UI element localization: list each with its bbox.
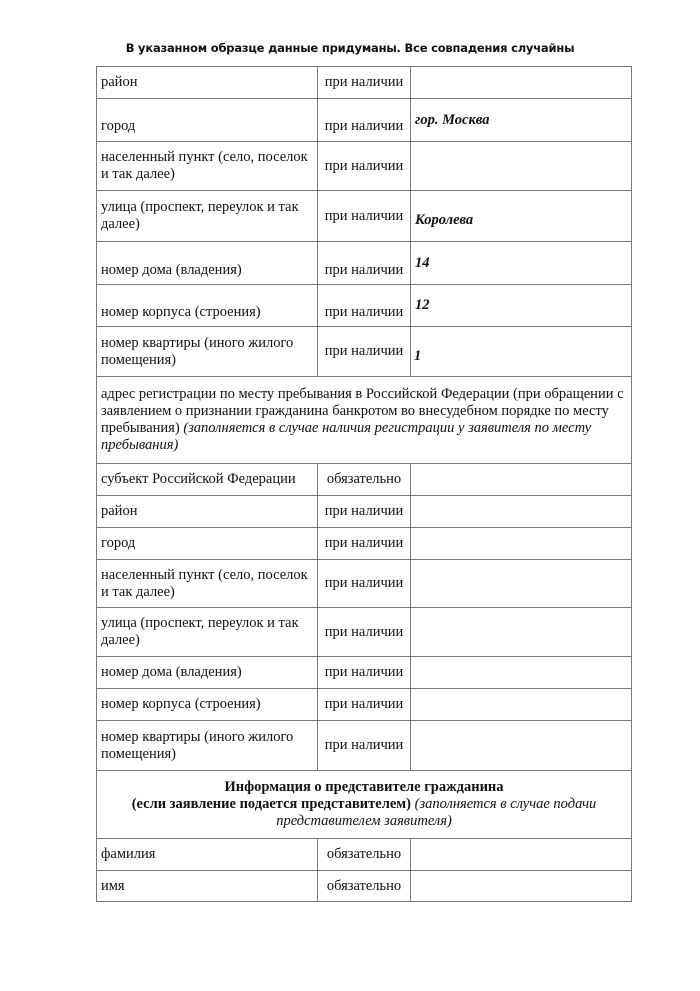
- field-value-street[interactable]: Королева: [411, 191, 632, 242]
- table-row: город при наличии: [97, 528, 632, 560]
- field-value-first-name[interactable]: [411, 871, 632, 902]
- table-row: улица (проспект, переулок и так далее) п…: [97, 191, 632, 242]
- field-requirement: при наличии: [318, 496, 411, 528]
- field-label: район: [97, 67, 318, 99]
- table-row: населенный пункт (село, поселок и так да…: [97, 142, 632, 191]
- field-value-building[interactable]: [411, 689, 632, 721]
- field-label: населенный пункт (село, поселок и так да…: [97, 142, 318, 191]
- field-label: фамилия: [97, 839, 318, 871]
- field-label: субъект Российской Федерации: [97, 464, 318, 496]
- section-subtitle: (если заявление подается представителем): [132, 796, 411, 812]
- field-label: номер корпуса (строения): [97, 285, 318, 327]
- field-label: номер квартиры (иного жилого помещения): [97, 721, 318, 771]
- field-label: номер дома (владения): [97, 657, 318, 689]
- field-requirement: при наличии: [318, 327, 411, 377]
- field-requirement: при наличии: [318, 142, 411, 191]
- field-value-city[interactable]: гор. Москва: [411, 99, 632, 142]
- table-row: город при наличии гор. Москва: [97, 99, 632, 142]
- table-row: улица (проспект, переулок и так далее) п…: [97, 608, 632, 657]
- field-requirement: обязательно: [318, 839, 411, 871]
- address-form-table: район при наличии город при наличии гор.…: [96, 66, 632, 902]
- table-row: район при наличии: [97, 496, 632, 528]
- section-header-representative: Информация о представителе гражданина (е…: [97, 771, 632, 839]
- field-value-district[interactable]: [411, 67, 632, 99]
- table-row: номер корпуса (строения) при наличии: [97, 689, 632, 721]
- field-requirement: при наличии: [318, 657, 411, 689]
- section-title: Информация о представителе гражданина: [101, 779, 627, 796]
- section-text: Информация о представителе гражданина (е…: [97, 771, 632, 839]
- field-label: имя: [97, 871, 318, 902]
- field-label: номер корпуса (строения): [97, 689, 318, 721]
- field-requirement: при наличии: [318, 99, 411, 142]
- field-requirement: при наличии: [318, 721, 411, 771]
- field-requirement: при наличии: [318, 191, 411, 242]
- field-value-region[interactable]: [411, 464, 632, 496]
- table-row: имя обязательно: [97, 871, 632, 902]
- field-requirement: при наличии: [318, 528, 411, 560]
- field-requirement: при наличии: [318, 67, 411, 99]
- section-text: адрес регистрации по месту пребывания в …: [97, 377, 632, 464]
- table-row: фамилия обязательно: [97, 839, 632, 871]
- table-row: номер дома (владения) при наличии 14: [97, 242, 632, 285]
- table-row: номер дома (владения) при наличии: [97, 657, 632, 689]
- field-label: город: [97, 99, 318, 142]
- field-requirement: при наличии: [318, 285, 411, 327]
- field-label: улица (проспект, переулок и так далее): [97, 608, 318, 657]
- field-value-street[interactable]: [411, 608, 632, 657]
- field-value-city[interactable]: [411, 528, 632, 560]
- table-row: населенный пункт (село, поселок и так да…: [97, 560, 632, 608]
- disclaimer-header: В указанном образце данные придуманы. Вс…: [0, 41, 700, 55]
- field-requirement: при наличии: [318, 689, 411, 721]
- field-value-surname[interactable]: [411, 839, 632, 871]
- table-row: субъект Российской Федерации обязательно: [97, 464, 632, 496]
- field-label: улица (проспект, переулок и так далее): [97, 191, 318, 242]
- field-requirement: при наличии: [318, 608, 411, 657]
- table-row: номер квартиры (иного жилого помещения) …: [97, 327, 632, 377]
- field-value-settlement[interactable]: [411, 560, 632, 608]
- field-requirement: обязательно: [318, 464, 411, 496]
- field-value-district[interactable]: [411, 496, 632, 528]
- field-label: населенный пункт (село, поселок и так да…: [97, 560, 318, 608]
- table-row: район при наличии: [97, 67, 632, 99]
- field-label: номер дома (владения): [97, 242, 318, 285]
- field-label: город: [97, 528, 318, 560]
- field-requirement: обязательно: [318, 871, 411, 902]
- field-value-house[interactable]: [411, 657, 632, 689]
- field-value-apartment[interactable]: [411, 721, 632, 771]
- field-label: номер квартиры (иного жилого помещения): [97, 327, 318, 377]
- field-requirement: при наличии: [318, 242, 411, 285]
- field-label: район: [97, 496, 318, 528]
- section-header-stay-registration: адрес регистрации по месту пребывания в …: [97, 377, 632, 464]
- table-row: номер квартиры (иного жилого помещения) …: [97, 721, 632, 771]
- field-value-house[interactable]: 14: [411, 242, 632, 285]
- field-value-apartment[interactable]: 1: [411, 327, 632, 377]
- table-row: номер корпуса (строения) при наличии 12: [97, 285, 632, 327]
- field-value-building[interactable]: 12: [411, 285, 632, 327]
- field-value-settlement[interactable]: [411, 142, 632, 191]
- field-requirement: при наличии: [318, 560, 411, 608]
